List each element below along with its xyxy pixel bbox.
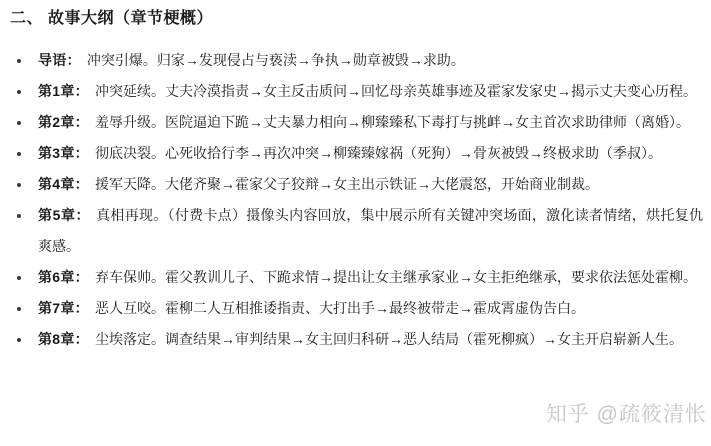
chapter-text: 彻底决裂。心死收拾行李→再次冲突→柳臻臻嫁祸（死狗）→骨灰被毁→终极求助（季叔）… (95, 145, 662, 161)
chapter-label: 第7章： (38, 300, 89, 316)
list-item-intro: 导语：冲突引爆。归家→发现侵占与亵渎→争执→勋章被毁→求助。 (10, 45, 703, 76)
page-title: 二、 故事大纲（章节梗概） (10, 8, 703, 30)
chapter-label: 第8章： (38, 331, 89, 347)
bullet-icon (17, 59, 21, 63)
chapter-label: 第2章： (38, 114, 89, 130)
list-item-chapter-6: 第6章：弃车保帅。霍父教训儿子、下跪求情→提出让女主继承家业→女主拒绝继承，要求… (10, 262, 703, 293)
chapter-text: 弃车保帅。霍父教训儿子、下跪求情→提出让女主继承家业→女主拒绝继承，要求依法惩处… (95, 269, 697, 285)
list-item-chapter-3: 第3章：彻底决裂。心死收拾行李→再次冲突→柳臻臻嫁祸（死狗）→骨灰被毁→终极求助… (10, 138, 703, 169)
chapter-text: 尘埃落定。调查结果→审判结果→女主回归科研→恶人结局（霍死柳疯）→女主开启崭新人… (95, 331, 683, 347)
chapter-label: 第3章： (38, 145, 89, 161)
bullet-icon (17, 214, 21, 218)
bullet-icon (17, 338, 21, 342)
list-item-chapter-7: 第7章：恶人互咬。霍柳二人互相推诿指责、大打出手→最终被带走→霍成霄虚伪告白。 (10, 293, 703, 324)
bullet-icon (17, 90, 21, 94)
list-item-chapter-4: 第4章：援军天降。大佬齐聚→霍家父子狡辩→女主出示铁证→大佬震怒，开始商业制裁。 (10, 169, 703, 200)
chapter-label: 导语： (38, 52, 81, 68)
chapter-label: 第6章： (38, 269, 89, 285)
chapter-label: 第4章： (38, 176, 89, 192)
chapter-text: 恶人互咬。霍柳二人互相推诿指责、大打出手→最终被带走→霍成霄虚伪告白。 (95, 300, 585, 316)
chapter-label: 第1章： (38, 83, 89, 99)
chapter-label: 第5章： (38, 207, 90, 223)
chapter-text: 羞辱升级。医院逼迫下跪→丈夫暴力相向→柳臻臻私下毒打与挑衅→女主首次求助律师（离… (95, 114, 690, 130)
chapter-text: 冲突引爆。归家→发现侵占与亵渎→争执→勋章被毁→求助。 (87, 52, 465, 68)
document-page: 二、 故事大纲（章节梗概） 导语：冲突引爆。归家→发现侵占与亵渎→争执→勋章被毁… (0, 0, 711, 446)
zhihu-watermark: 知乎 @疏筱清怅 (546, 398, 707, 428)
list-item-chapter-8: 第8章：尘埃落定。调查结果→审判结果→女主回归科研→恶人结局（霍死柳疯）→女主开… (10, 324, 703, 355)
chapter-text: 真相再现。（付费卡点）摄像头内容回放，集中展示所有关键冲突场面，激化读者情绪，烘… (38, 207, 703, 254)
chapter-text: 援军天降。大佬齐聚→霍家父子狡辩→女主出示铁证→大佬震怒，开始商业制裁。 (95, 176, 599, 192)
bullet-icon (17, 121, 21, 125)
bullet-icon (17, 183, 21, 187)
bullet-icon (17, 307, 21, 311)
bullet-icon (17, 152, 21, 156)
list-item-chapter-5: 第5章：真相再现。（付费卡点）摄像头内容回放，集中展示所有关键冲突场面，激化读者… (10, 200, 703, 262)
bullet-icon (17, 276, 21, 280)
chapter-text: 冲突延续。丈夫冷漠指责→女主反击质问→回忆母亲英雄事迹及霍家发家史→揭示丈夫变心… (95, 83, 697, 99)
list-item-chapter-2: 第2章：羞辱升级。医院逼迫下跪→丈夫暴力相向→柳臻臻私下毒打与挑衅→女主首次求助… (10, 107, 703, 138)
list-item-chapter-1: 第1章：冲突延续。丈夫冷漠指责→女主反击质问→回忆母亲英雄事迹及霍家发家史→揭示… (10, 76, 703, 107)
story-outline-list: 导语：冲突引爆。归家→发现侵占与亵渎→争执→勋章被毁→求助。 第1章：冲突延续。… (10, 45, 703, 355)
